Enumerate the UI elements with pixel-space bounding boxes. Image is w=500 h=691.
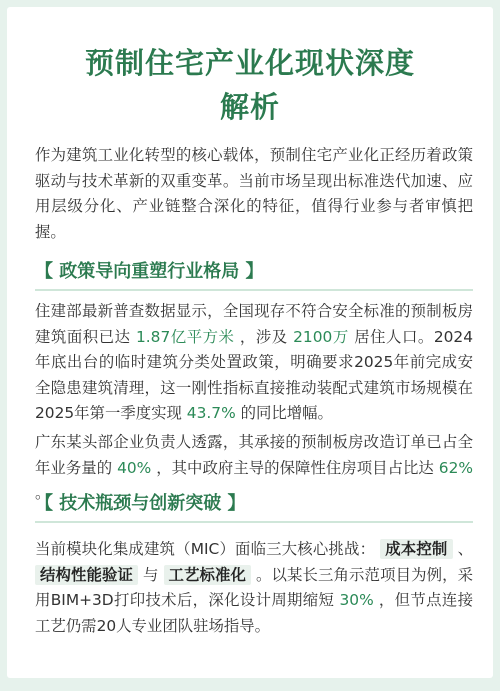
text-run: 与 — [138, 566, 164, 584]
highlight-figure: 1.87亿平方米 — [136, 328, 235, 346]
highlight-figure: 2100万 — [293, 328, 349, 346]
highlight-figure: 43.7% — [187, 404, 236, 422]
keyword-chip: 成本控制 — [380, 539, 452, 559]
tech-paragraph-1: 当前模块化集成建筑（MIC）面临三大核心挑战： 成本控制 、 结构性能验证 与 … — [35, 537, 473, 639]
highlight-figure: 30% — [339, 591, 373, 609]
text-run: 的同比增幅。 — [236, 404, 333, 422]
text-run: 当前模块化集成建筑（MIC）面临三大核心挑战： — [35, 540, 380, 558]
highlight-figure: 40% — [117, 459, 151, 477]
title-line-2: 解析 — [7, 85, 493, 129]
section-heading-tech: 【 技术瓶颈与创新突破 】 — [35, 489, 473, 523]
keyword-chip: 工艺标准化 — [164, 565, 252, 585]
keyword-chip: 结构性能验证 — [35, 565, 138, 585]
policy-paragraph-1: 住建部最新普查数据显示，全国现存不符合安全标准的预制板房建筑面积已达 1.87亿… — [35, 299, 473, 427]
article-card: 预制住宅产业化现状深度 解析 作为建筑工业化转型的核心载体，预制住宅产业化正经历… — [7, 7, 493, 678]
text-run: ，涉及 — [235, 328, 294, 346]
text-run: 、 — [453, 540, 473, 558]
page-title: 预制住宅产业化现状深度 解析 — [7, 41, 493, 129]
title-line-1: 预制住宅产业化现状深度 — [7, 41, 493, 85]
intro-paragraph: 作为建筑工业化转型的核心载体，预制住宅产业化正经历着政策驱动与技术革新的双重变革… — [35, 143, 473, 245]
section-heading-policy: 【 政策导向重塑行业格局 】 — [35, 257, 473, 291]
text-run: ，其中政府主导的保障性住房项目占比达 — [151, 459, 439, 477]
highlight-figure: 62% — [439, 459, 473, 477]
